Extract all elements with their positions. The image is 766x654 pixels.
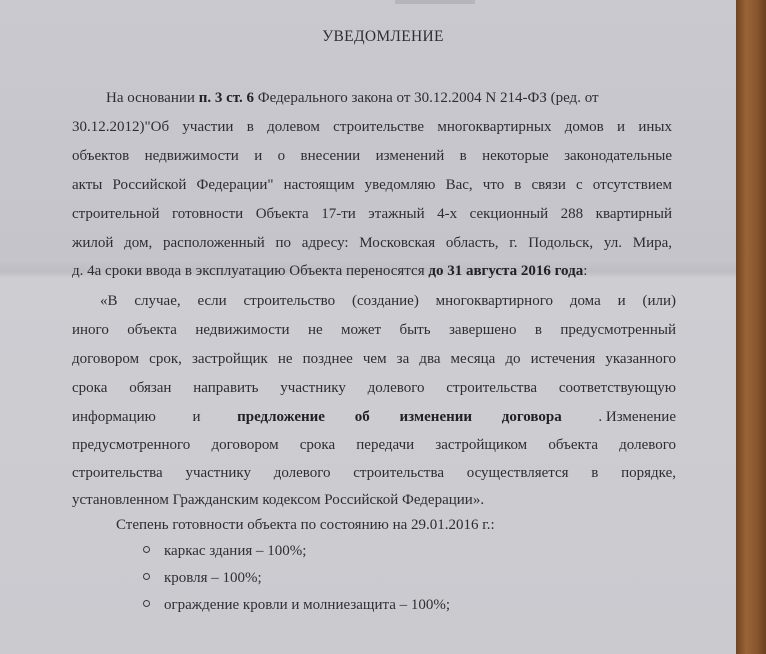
quote-line8: установленном Гражданским кодексом Росси… (72, 492, 484, 509)
text: д. 4а сроки ввода в эксплуатацию Объекта… (72, 263, 428, 279)
readiness-item-text: ограждение кровли и молниезащита – 100%; (164, 597, 450, 613)
readiness-item: кровля – 100%; (143, 570, 262, 587)
quote-line4: срока обязан направить участнику долевог… (72, 380, 676, 397)
readiness-item: ограждение кровли и молниезащита – 100%; (143, 597, 450, 614)
quote-line7: строительства участнику долевого строите… (72, 465, 676, 482)
text: информацию (72, 409, 156, 426)
wooden-edge (736, 0, 766, 654)
circle-bullet-icon (143, 546, 150, 553)
text: и (192, 409, 200, 426)
quote-line6: предусмотренного договором срока передач… (72, 437, 676, 454)
cut-off-header-text (395, 0, 475, 4)
new-deadline: до 31 августа 2016 года (428, 263, 583, 279)
text: На основании (106, 90, 199, 106)
readiness-item-text: каркас здания – 100%; (164, 543, 306, 559)
paragraph1-line2: 30.12.2012)"Об участии в долевом строите… (72, 119, 672, 136)
circle-bullet-icon (143, 573, 150, 580)
paragraph1-line6: жилой дом, расположенный по адресу: Моск… (72, 235, 672, 252)
quote-line1: «В случае, если строительство (создание)… (100, 293, 676, 310)
readiness-item-text: кровля – 100%; (164, 570, 262, 586)
circle-bullet-icon (143, 600, 150, 607)
quote-line5: информацию и предложение об изменении до… (72, 409, 676, 426)
paragraph1-line4: акты Российской Федерации" настоящим уве… (72, 177, 672, 194)
contract-change-proposal: предложение об изменении договора (237, 409, 562, 426)
document-title: УВЕДОМЛЕНИЕ (0, 28, 766, 46)
law-article-reference: п. 3 ст. 6 (199, 90, 254, 106)
text: Федерального закона от 30.12.2004 N 214-… (254, 90, 599, 106)
quote-line3: договором срок, застройщик не позднее че… (72, 351, 676, 368)
text: . Изменение (598, 409, 676, 426)
readiness-item: каркас здания – 100%; (143, 543, 306, 560)
paragraph1-line7: д. 4а сроки ввода в эксплуатацию Объекта… (72, 263, 587, 280)
readiness-heading: Степень готовности объекта по состоянию … (116, 517, 495, 534)
quote-line2: иного объекта недвижимости не может быть… (72, 322, 676, 339)
text: : (583, 263, 587, 279)
paragraph1-line5: строительной готовности Объекта 17-ти эт… (72, 206, 672, 223)
paragraph1-line1: На основании п. 3 ст. 6 Федерального зак… (106, 90, 599, 107)
paragraph1-line3: объектов недвижимости и о внесении измен… (72, 148, 672, 165)
